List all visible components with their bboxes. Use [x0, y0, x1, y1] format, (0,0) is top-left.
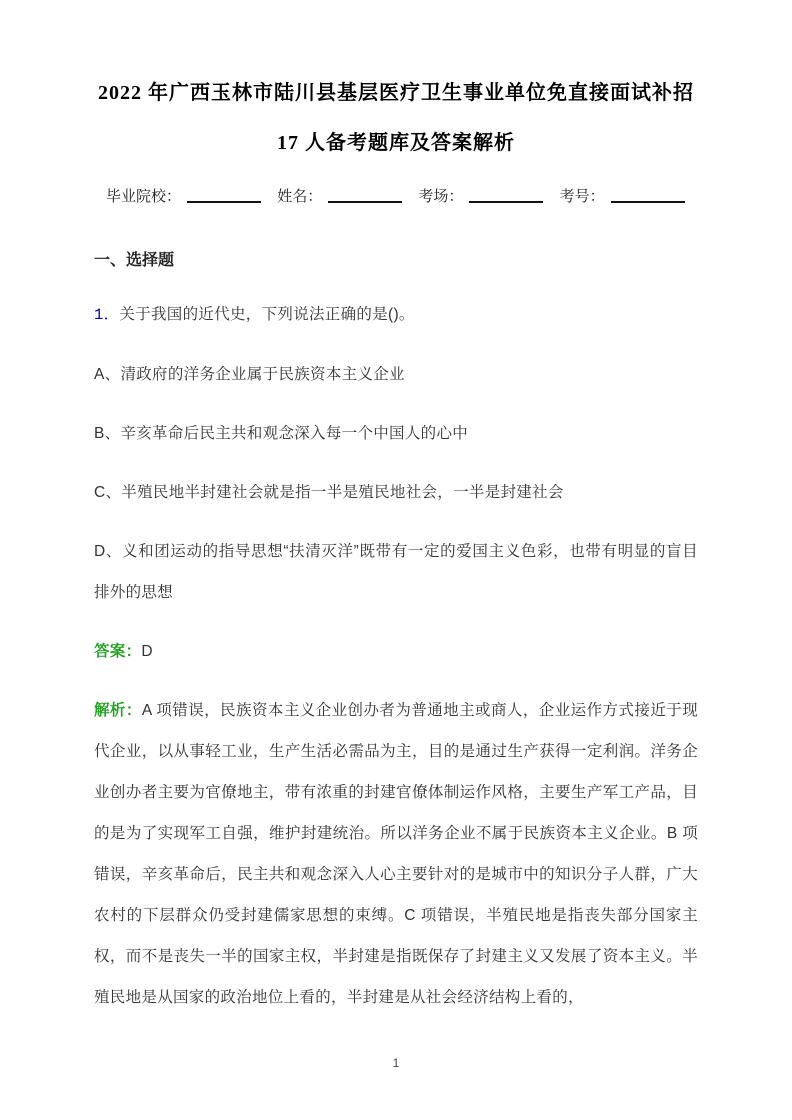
document-page: 2022 年广西玉林市陆川县基层医疗卫生事业单位免直接面试补招 17 人备考题库…: [0, 0, 792, 1120]
section-heading: 一、选择题: [94, 246, 698, 276]
option-c: C、半殖民地半封建社会就是指一半是殖民地社会，一半是封建社会: [94, 472, 698, 513]
document-title-line-2: 17 人备考题库及答案解析: [277, 132, 515, 154]
question-1: 1．关于我国的近代史，下列说法正确的是()。: [94, 294, 698, 336]
school-label: 毕业院校：: [106, 188, 181, 205]
answer-value: D: [141, 643, 153, 660]
name-label: 姓名：: [277, 188, 322, 205]
page-number: 1: [0, 1056, 792, 1070]
document-title-line-1: 2022 年广西玉林市陆川县基层医疗卫生事业单位免直接面试补招: [98, 82, 694, 104]
answer-line: 答案：D: [94, 631, 698, 672]
exam-number-blank: [611, 187, 685, 203]
analysis-label: 解析：: [94, 702, 142, 719]
option-b: B、辛亥革命后民主共和观念深入每一个中国人的心中: [94, 413, 698, 454]
exam-room-label: 考场：: [418, 188, 463, 205]
name-blank: [328, 187, 402, 203]
school-blank: [187, 187, 261, 203]
analysis-paragraph: 解析：A 项错误，民族资本主义企业创办者为普通地主或商人，企业运作方式接近于现代…: [94, 690, 698, 1018]
question-number: 1．: [94, 306, 119, 324]
document-title: 2022 年广西玉林市陆川县基层医疗卫生事业单位免直接面试补招 17 人备考题库…: [94, 68, 698, 168]
answer-label: 答案：: [94, 643, 141, 660]
option-a: A、清政府的洋务企业属于民族资本主义企业: [94, 354, 698, 395]
exam-room-blank: [469, 187, 543, 203]
analysis-text: A 项错误，民族资本主义企业创办者为普通地主或商人，企业运作方式接近于现代企业，…: [94, 702, 698, 1006]
question-text: 关于我国的近代史，下列说法正确的是()。: [119, 306, 414, 323]
option-d: D、义和团运动的指导思想“扶清灭洋”既带有一定的爱国主义色彩，也带有明显的盲目排…: [94, 531, 698, 613]
exam-number-label: 考号：: [560, 188, 605, 205]
candidate-info-line: 毕业院校： 姓名： 考场： 考号：: [94, 182, 698, 212]
